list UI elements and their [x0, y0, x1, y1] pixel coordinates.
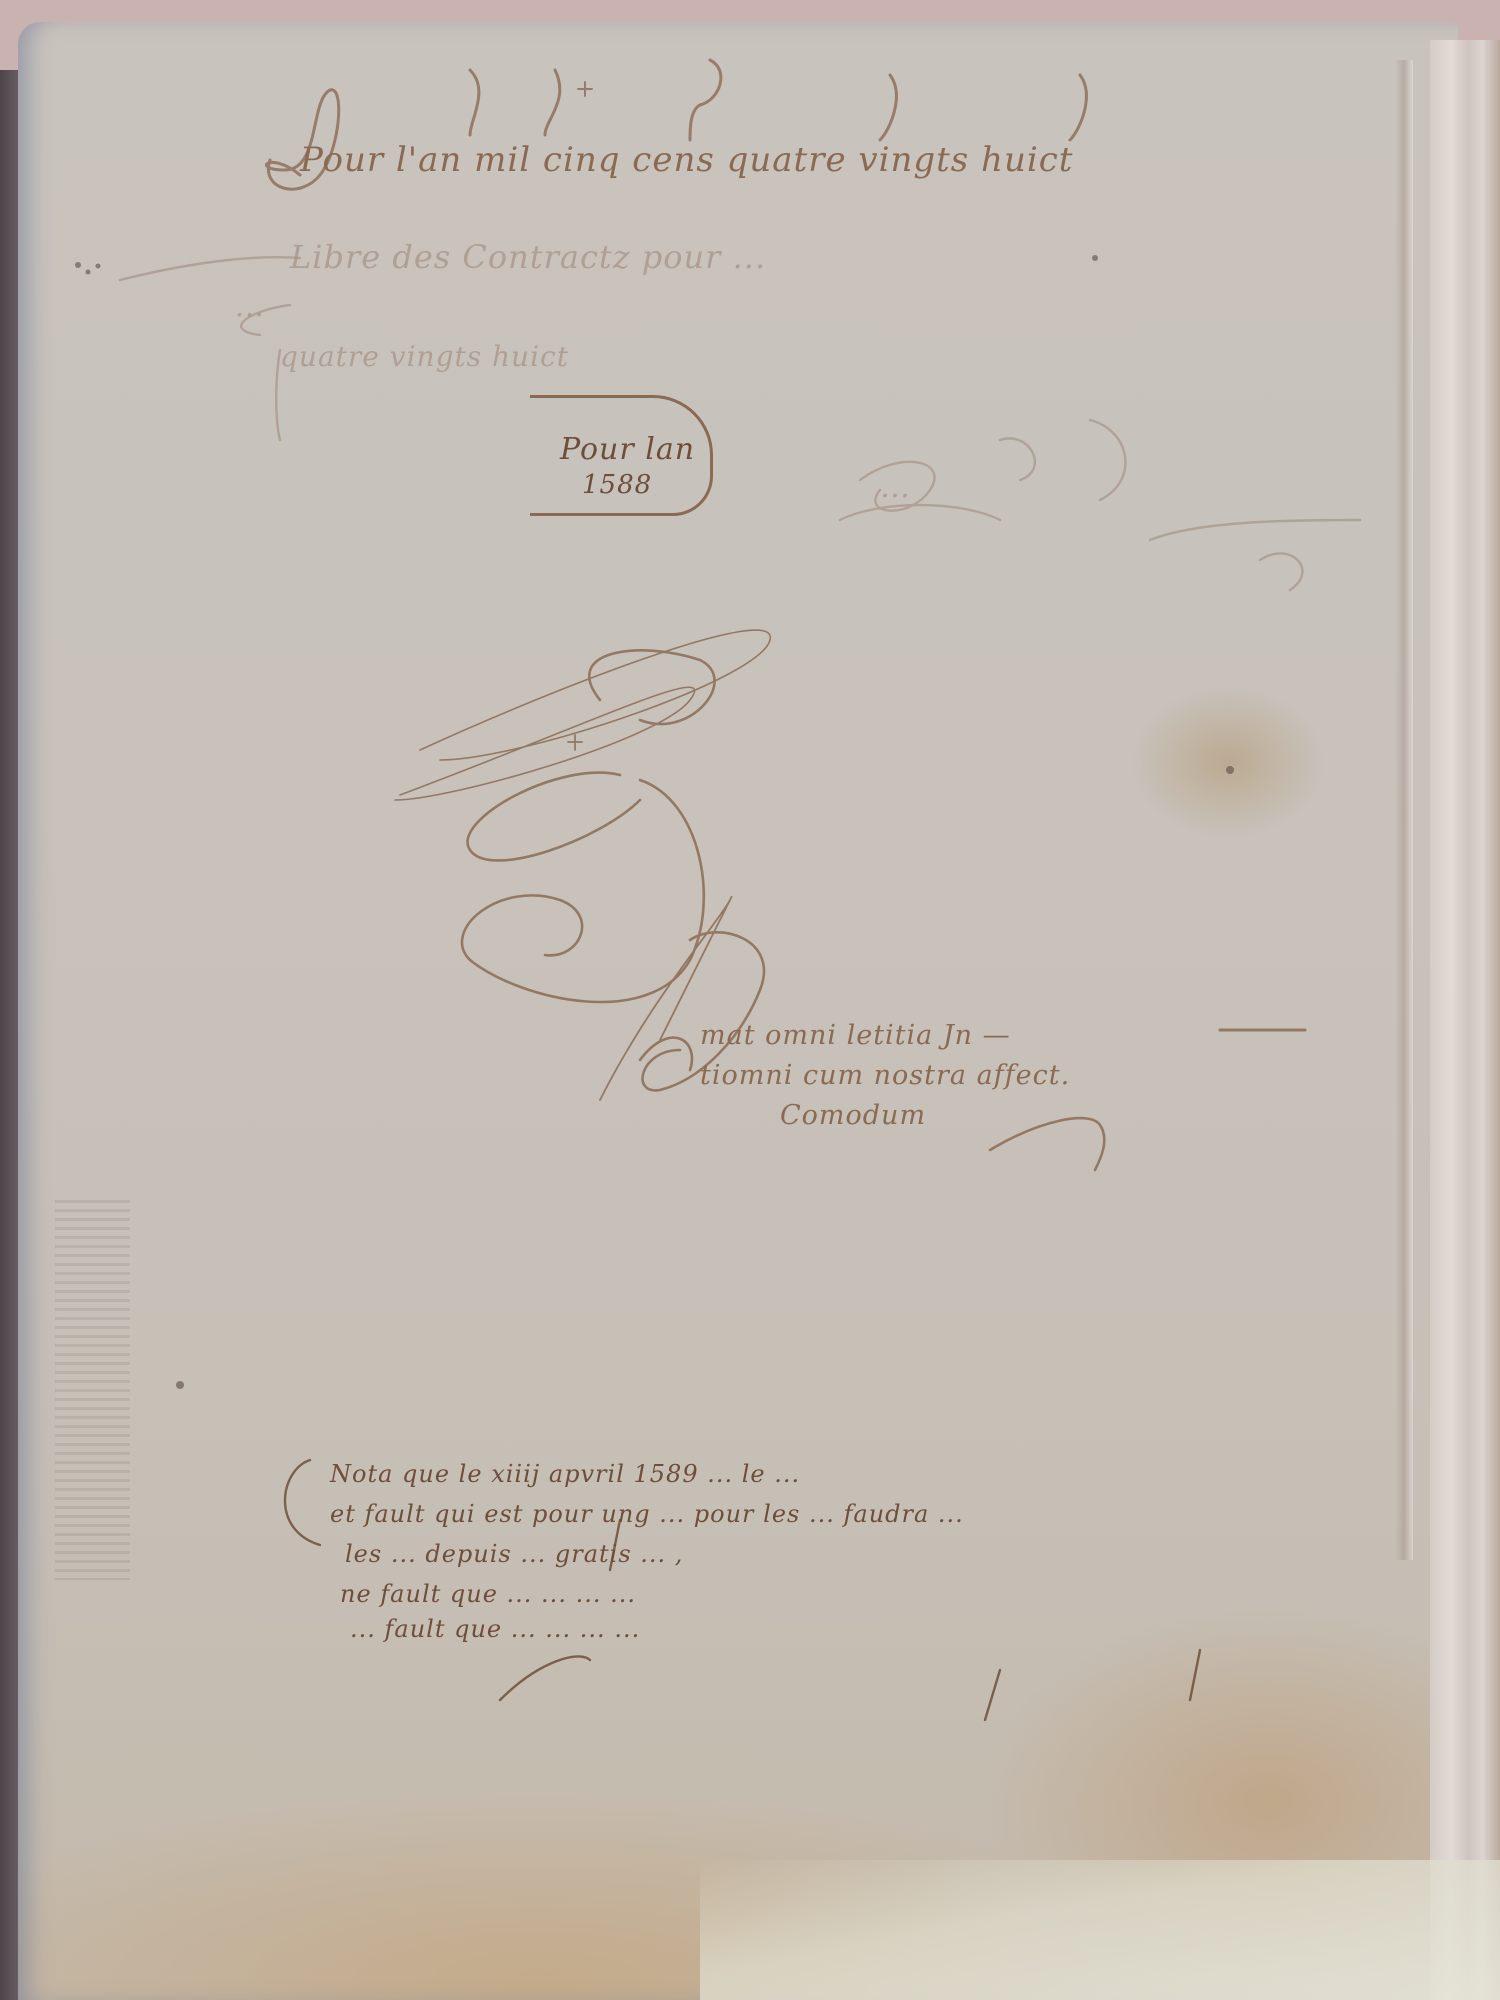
bleed-through-text — [55, 1200, 130, 1580]
motto-line-1: mat omni letitia Jn — — [700, 1020, 1011, 1051]
year-cartouche-title: Pour lan — [560, 432, 695, 467]
note-line-5: ... fault que ... ... ... ... — [350, 1615, 640, 1643]
page-edge-layers — [1430, 40, 1500, 2000]
note-line-2: et fault qui est pour ung ... pour les .… — [330, 1500, 964, 1528]
note-line-4: ne fault que ... ... ... ... — [340, 1580, 636, 1608]
page-fold-shadow — [1395, 60, 1413, 1560]
title-line-3: quatre vingts huict — [280, 340, 569, 373]
repair-tissue — [700, 1860, 1500, 2000]
heading-line: Pour l'an mil cinq cens quatre vingts hu… — [300, 140, 1073, 180]
note-line-3: les ... depuis ... gratis ... , — [345, 1540, 683, 1568]
year-cartouche-year: 1588 — [582, 470, 652, 500]
note-line-1: Nota que le xiiij apvril 1589 ... le ... — [330, 1460, 800, 1488]
pen-trials: … — [880, 470, 911, 505]
title-line-1: Libre des Contractz pour ... — [290, 238, 766, 276]
motto-line-3: Comodum — [780, 1100, 926, 1131]
title-line-2: ... — [235, 290, 265, 323]
motto-line-2: tiomni cum nostra affect. — [700, 1060, 1070, 1091]
manuscript-page — [18, 22, 1458, 2000]
